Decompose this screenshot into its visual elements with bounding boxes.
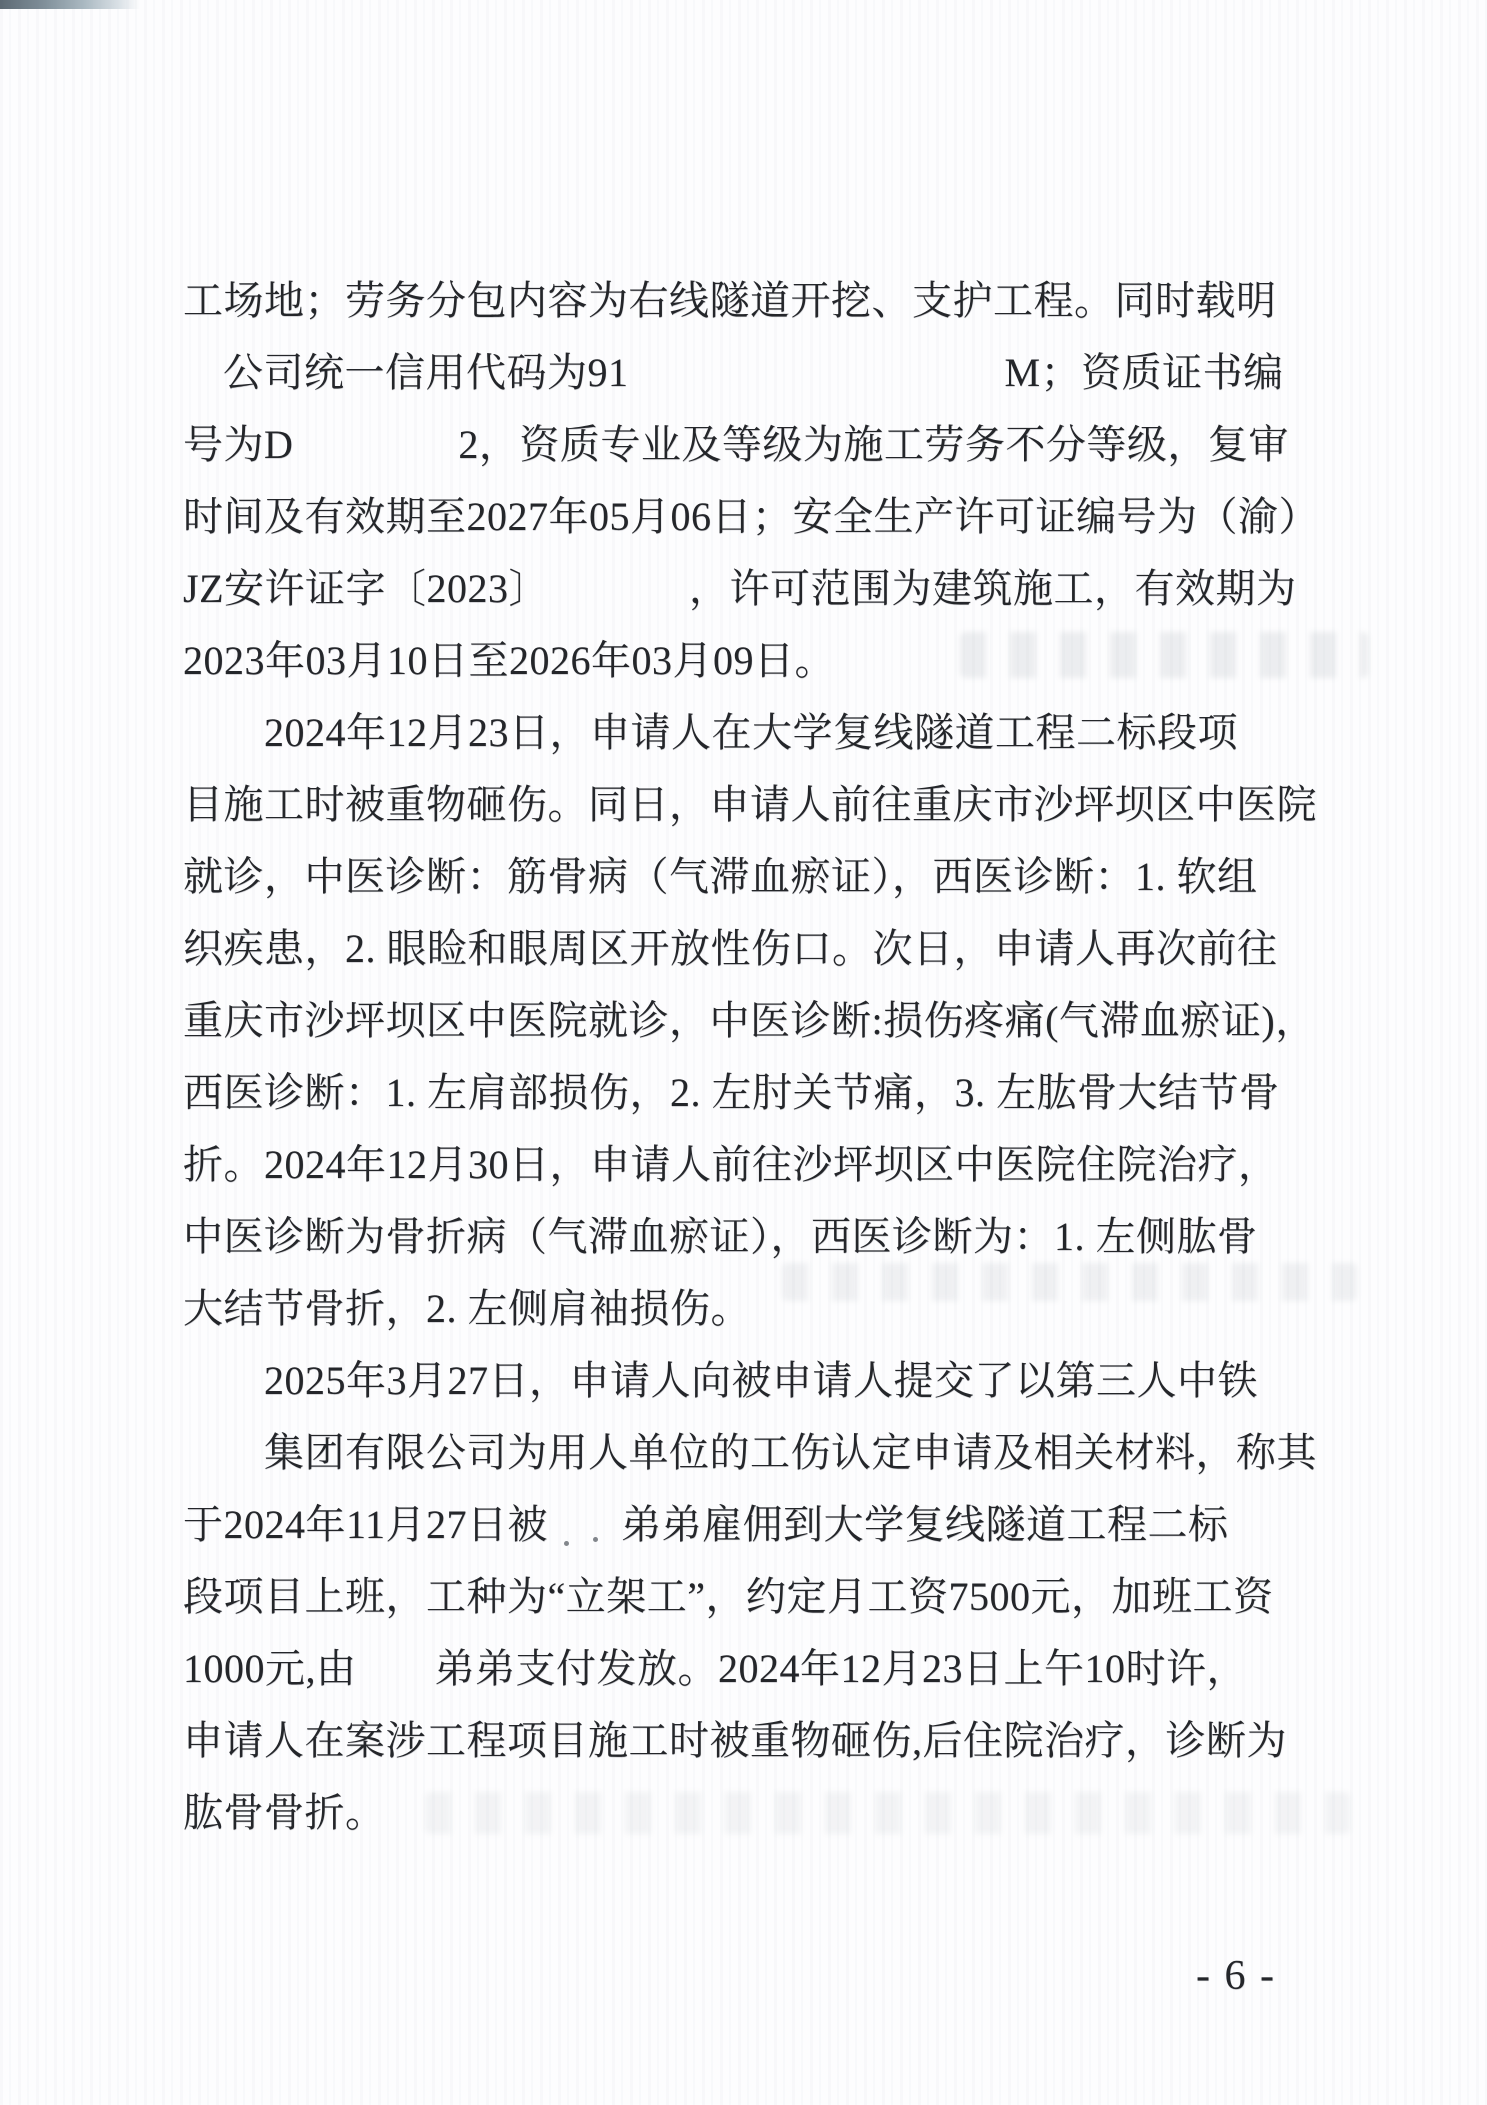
ink-dot-artifact xyxy=(593,1537,598,1542)
text-segment: 中医诊断为骨折病（气滞血瘀证），西医诊断为：1. 左侧肱骨 xyxy=(183,1214,1258,1259)
text-line-4: 时间及有效期至2027年05月06日；安全生产许可证编号为（渝） xyxy=(183,481,1333,553)
text-line-16: 2025年3月27日，申请人向被申请人提交了以第三人中铁 xyxy=(183,1345,1333,1417)
text-segment: 2024年12月23日，申请人在大学复线隧道工程二标段项 xyxy=(264,710,1238,755)
text-segment: M；资质证书编 xyxy=(1005,350,1284,395)
text-segment: 弟弟雇佣到大学复线隧道工程二标 xyxy=(621,1502,1229,1547)
text-segment: 织疾患，2. 眼睑和眼周区开放性伤口。次日，申请人再次前往 xyxy=(183,926,1278,971)
redacted-gap xyxy=(293,448,458,458)
text-segment: ，许可范围为建筑施工，有效期为 xyxy=(689,566,1297,611)
text-line-10: 织疾患，2. 眼睑和眼周区开放性伤口。次日，申请人再次前往 xyxy=(183,913,1333,985)
redacted-gap xyxy=(549,592,689,602)
document-body: 工场地；劳务分包内容为右线隧道开挖、支护工程。同时载明 公司统一信用代码为91M… xyxy=(183,265,1333,1849)
text-segment: 就诊，中医诊断：筋骨病（气滞血瘀证），西医诊断：1. 软组 xyxy=(183,854,1258,899)
text-line-17: 集团有限公司为用人单位的工伤认定申请及相关材料，称其 xyxy=(183,1417,1333,1489)
text-line-8: 目施工时被重物砸伤。同日，申请人前往重庆市沙坪坝区中医院 xyxy=(183,769,1333,841)
text-segment: 重庆市沙坪坝区中医院就诊，中医诊断:损伤疼痛(气滞血瘀证)， xyxy=(183,998,1316,1043)
ink-dot-artifact xyxy=(564,1541,569,1546)
page-number: - 6 - xyxy=(1196,1952,1276,2000)
text-segment: 时间及有效期至2027年05月06日；安全生产许可证编号为（渝） xyxy=(183,494,1319,539)
text-segment: 工场地；劳务分包内容为右线隧道开挖、支护工程。同时载明 xyxy=(183,278,1277,323)
text-line-7: 2024年12月23日，申请人在大学复线隧道工程二标段项 xyxy=(183,697,1333,769)
text-segment: 肱骨骨折。 xyxy=(183,1790,386,1835)
text-segment: 号为D xyxy=(183,422,293,467)
text-segment: 于2024年11月27日被 xyxy=(183,1502,548,1547)
text-segment: 公司统一信用代码为91 xyxy=(223,350,629,395)
text-line-11: 重庆市沙坪坝区中医院就诊，中医诊断:损伤疼痛(气滞血瘀证)， xyxy=(183,985,1333,1057)
text-line-14: 中医诊断为骨折病（气滞血瘀证），西医诊断为：1. 左侧肱骨 xyxy=(183,1201,1333,1273)
text-segment: 申请人在案涉工程项目施工时被重物砸伤,后住院治疗，诊断为 xyxy=(183,1718,1287,1763)
text-segment: 2，资质专业及等级为施工劳务不分等级，复审 xyxy=(458,422,1289,467)
text-segment: 弟弟支付发放。2024年12月23日上午10时许， xyxy=(435,1646,1248,1691)
text-segment: 西医诊断：1. 左肩部损伤，2. 左肘关节痛，3. 左肱骨大结节骨 xyxy=(183,1070,1280,1115)
text-line-2: 公司统一信用代码为91M；资质证书编 xyxy=(183,337,1333,409)
text-line-3: 号为D2，资质专业及等级为施工劳务不分等级，复审 xyxy=(183,409,1333,481)
text-segment: 段项目上班，工种为“立架工”，约定月工资7500元，加班工资 xyxy=(183,1574,1274,1619)
text-segment: 大结节骨折，2. 左侧肩袖损伤。 xyxy=(183,1286,751,1331)
document-page: 工场地；劳务分包内容为右线隧道开挖、支护工程。同时载明 公司统一信用代码为91M… xyxy=(0,0,1487,2105)
text-segment: 目施工时被重物砸伤。同日，申请人前往重庆市沙坪坝区中医院 xyxy=(183,782,1317,827)
text-line-15: 大结节骨折，2. 左侧肩袖损伤。 xyxy=(183,1273,1333,1345)
text-line-21: 申请人在案涉工程项目施工时被重物砸伤,后住院治疗，诊断为 xyxy=(183,1705,1333,1777)
text-segment: 1000元,由 xyxy=(183,1646,357,1691)
text-line-9: 就诊，中医诊断：筋骨病（气滞血瘀证），西医诊断：1. 软组 xyxy=(183,841,1333,913)
text-line-18: 于2024年11月27日被弟弟雇佣到大学复线隧道工程二标 xyxy=(183,1489,1333,1561)
text-segment: JZ安许证字〔2023〕 xyxy=(183,566,549,611)
redacted-gap xyxy=(548,1528,621,1538)
text-line-20: 1000元,由弟弟支付发放。2024年12月23日上午10时许， xyxy=(183,1633,1333,1705)
text-line-5: JZ安许证字〔2023〕，许可范围为建筑施工，有效期为 xyxy=(183,553,1333,625)
scan-smudge-artifact xyxy=(0,0,140,9)
text-segment: 折。2024年12月30日，申请人前往沙坪坝区中医院住院治疗， xyxy=(183,1142,1279,1187)
text-line-1: 工场地；劳务分包内容为右线隧道开挖、支护工程。同时载明 xyxy=(183,265,1333,337)
redacted-gap xyxy=(357,1672,435,1682)
text-segment: 集团有限公司为用人单位的工伤认定申请及相关材料，称其 xyxy=(264,1430,1317,1475)
text-segment: 2023年03月10日至2026年03月09日。 xyxy=(183,638,835,683)
text-line-12: 西医诊断：1. 左肩部损伤，2. 左肘关节痛，3. 左肱骨大结节骨 xyxy=(183,1057,1333,1129)
text-segment: 2025年3月27日，申请人向被申请人提交了以第三人中铁 xyxy=(264,1358,1258,1403)
redacted-gap xyxy=(629,376,1005,386)
text-line-19: 段项目上班，工种为“立架工”，约定月工资7500元，加班工资 xyxy=(183,1561,1333,1633)
text-line-22: 肱骨骨折。 xyxy=(183,1777,1333,1849)
text-line-13: 折。2024年12月30日，申请人前往沙坪坝区中医院住院治疗， xyxy=(183,1129,1333,1201)
text-line-6: 2023年03月10日至2026年03月09日。 xyxy=(183,625,1333,697)
